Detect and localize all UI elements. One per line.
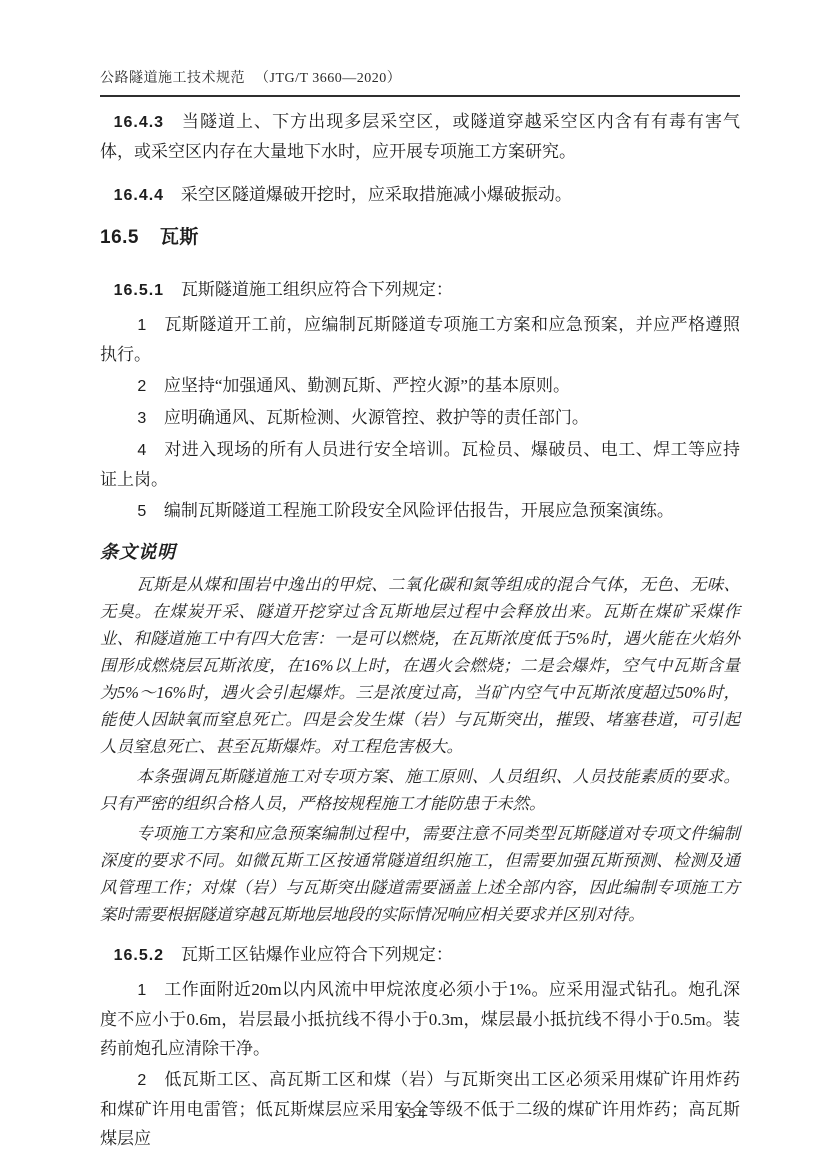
clause-number: 16.5.2: [114, 947, 164, 964]
page-number: - 154 -: [386, 1106, 440, 1122]
document-page: 公路隧道施工技术规范 （JTG/T 3660—2020） 16.4.3当隧道上、…: [0, 0, 826, 1169]
item-number: 2: [137, 378, 146, 395]
standard-code: （JTG/T 3660—2020）: [255, 70, 401, 88]
ordered-item: 1工作面附近20m以内风流中甲烷浓度必须小于1%。应采用湿式钻孔。炮孔深度不应小…: [100, 975, 740, 1063]
clause-16-5-2: 16.5.2瓦斯工区钻爆作业应符合下列规定：: [100, 940, 740, 970]
item-number: 4: [137, 442, 146, 459]
commentary-paragraph-3: 专项施工方案和应急预案编制过程中，需要注意不同类型瓦斯隧道对专项文件编制深度的要…: [100, 820, 740, 928]
page-footer: - 154 -: [0, 1106, 826, 1123]
item-number: 1: [137, 317, 146, 334]
section-number: 16.5: [100, 227, 139, 248]
ordered-item: 5编制瓦斯隧道工程施工阶段安全风险评估报告，开展应急预案演练。: [100, 496, 740, 526]
item-text: 工作面附近20m以内风流中甲烷浓度必须小于1%。应采用湿式钻孔。炮孔深度不应小于…: [100, 980, 740, 1058]
item-text: 应坚持“加强通风、勤测瓦斯、严控火源”的基本原则。: [164, 376, 570, 395]
running-head-line: 公路隧道施工技术规范 （JTG/T 3660—2020）: [100, 70, 740, 88]
section-heading-16-5: 16.5瓦斯: [100, 224, 740, 251]
ordered-item: 1瓦斯隧道开工前，应编制瓦斯隧道专项施工方案和应急预案，并应严格遵照执行。: [100, 310, 740, 369]
clause-text: 采空区隧道爆破开挖时，应采取措施减小爆破振动。: [181, 185, 572, 204]
clause-number: 16.5.1: [114, 282, 164, 299]
clause-number: 16.4.3: [114, 114, 164, 131]
ordered-item: 4对进入现场的所有人员进行安全培训。瓦检员、爆破员、电工、焊工等应持证上岗。: [100, 435, 740, 494]
item-number: 2: [137, 1072, 146, 1089]
ordered-item: 3应明确通风、瓦斯检测、火源管控、救护等的责任部门。: [100, 403, 740, 433]
clause-number: 16.4.4: [114, 187, 164, 204]
commentary-heading: 条文说明: [100, 540, 740, 565]
clause-16-5-1: 16.5.1瓦斯隧道施工组织应符合下列规定：: [100, 275, 740, 305]
doc-title: 公路隧道施工技术规范: [100, 70, 245, 88]
item-text: 应明确通风、瓦斯检测、火源管控、救护等的责任部门。: [164, 408, 589, 427]
item-text: 编制瓦斯隧道工程施工阶段安全风险评估报告，开展应急预案演练。: [164, 501, 674, 520]
clause-text: 瓦斯隧道施工组织应符合下列规定：: [181, 280, 453, 299]
page-body: 16.4.3当隧道上、下方出现多层采空区，或隧道穿越采空区内含有有毒有害气体，或…: [100, 107, 740, 1153]
clause-16-4-4: 16.4.4采空区隧道爆破开挖时，应采取措施减小爆破振动。: [100, 180, 740, 210]
clause-text: 瓦斯工区钻爆作业应符合下列规定：: [181, 945, 453, 964]
clause-text: 当隧道上、下方出现多层采空区，或隧道穿越采空区内含有有毒有害气体，或采空区内存在…: [100, 112, 740, 161]
commentary-paragraph-1: 瓦斯是从煤和围岩中逸出的甲烷、二氧化碳和氮等组成的混合气体，无色、无味、无臭。在…: [100, 571, 740, 760]
section-title: 瓦斯: [160, 227, 199, 248]
running-header: 公路隧道施工技术规范 （JTG/T 3660—2020）: [100, 70, 740, 97]
clause-16-4-3: 16.4.3当隧道上、下方出现多层采空区，或隧道穿越采空区内含有有毒有害气体，或…: [100, 107, 740, 166]
commentary-section: 瓦斯是从煤和围岩中逸出的甲烷、二氧化碳和氮等组成的混合气体，无色、无味、无臭。在…: [100, 571, 740, 928]
item-number: 3: [137, 410, 146, 427]
clause-16-5-2-items: 1工作面附近20m以内风流中甲烷浓度必须小于1%。应采用湿式钻孔。炮孔深度不应小…: [100, 975, 740, 1153]
commentary-paragraph-2: 本条强调瓦斯隧道施工对专项方案、施工原则、人员组织、人员技能素质的要求。只有严密…: [100, 763, 740, 817]
item-text: 瓦斯隧道开工前，应编制瓦斯隧道专项施工方案和应急预案，并应严格遵照执行。: [100, 315, 740, 364]
item-number: 5: [137, 503, 146, 520]
header-rule: [100, 95, 740, 97]
item-number: 1: [137, 982, 146, 999]
ordered-item: 2应坚持“加强通风、勤测瓦斯、严控火源”的基本原则。: [100, 371, 740, 401]
clause-16-5-1-items: 1瓦斯隧道开工前，应编制瓦斯隧道专项施工方案和应急预案，并应严格遵照执行。 2应…: [100, 310, 740, 526]
item-text: 对进入现场的所有人员进行安全培训。瓦检员、爆破员、电工、焊工等应持证上岗。: [100, 440, 740, 489]
